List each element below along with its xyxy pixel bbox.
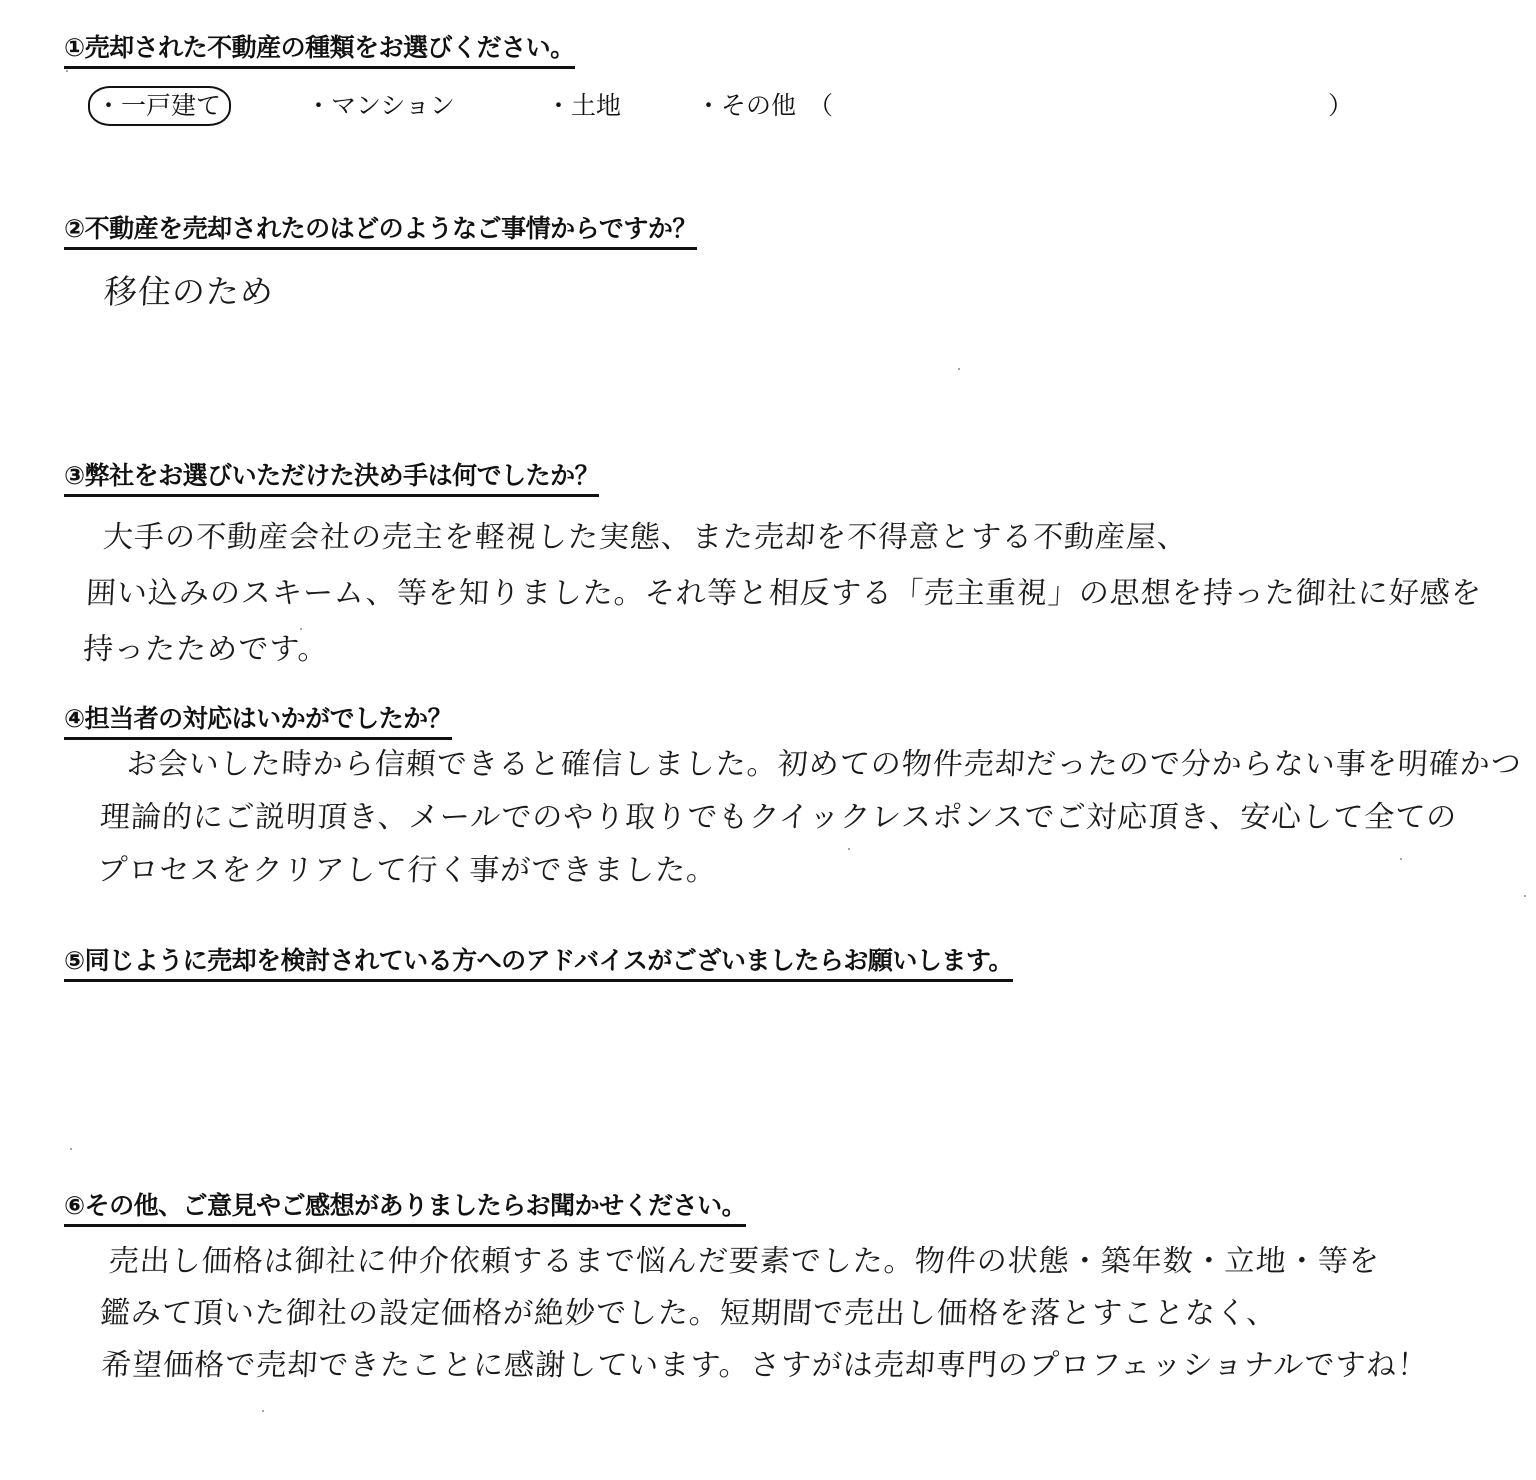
answer-line: 希望価格で売却できたことに感謝しています。さすがは売却専門のプロフェッショナルで… [100,1340,1430,1392]
answer-line: 持ったためです。 [82,622,1481,678]
answer-line: お会いした時から信頼できると確信しました。初めての物件売却だったので分からない事… [125,738,1523,791]
question-1-label: ①売却された不動産の種類をお選びください。 [64,32,575,69]
answer-line: 理論的にご説明頂き、メールでのやり取りでもクイックレスポンスでご対応頂き、安心し… [99,791,1521,844]
scan-speck [848,848,850,850]
other-paren-open: （ [808,88,833,124]
question-4-label: ④担当者の対応はいかがでしたか？ [64,703,452,740]
question-5-label: ⑤同じように売却を検討されている方へのアドバイスがございましたらお願いします。 [64,945,1013,982]
question-2-label: ②不動産を売却されたのはどのようなご事情からですか？ [64,213,697,250]
scan-speck [262,1410,264,1412]
scan-speck [958,368,960,370]
question-6-label: ⑥その他、ご意見やご感想がありましたらお聞かせください。 [64,1190,746,1227]
answer-line: 大手の不動産会社の売主を軽視した実態、また売却を不得意とする不動産屋、 [101,510,1486,566]
other-input[interactable] [848,88,1328,124]
answer-line: 囲い込みのスキーム、等を知りました。それ等と相反する「売主重視」の思想を持った御… [85,566,1484,622]
answer-line: 移住のため [103,264,276,320]
question-3-label: ③弊社をお選びいただけた決め手は何でしたか？ [64,460,599,497]
option-other[interactable]: ・その他 [696,88,796,124]
answer-line: プロセスをクリアして行く事ができました。 [96,844,1518,897]
scan-speck [70,1148,72,1150]
property-type-options: ・一戸建て ・マンション ・土地 ・その他 （ ） [88,88,1388,128]
question-6-answer: 売出し価格は御社に仲介依頼するまで悩んだ要素でした。物件の状態・築年数・立地・等… [96,1236,1435,1392]
scan-speck [66,70,68,72]
question-2-answer: 移住のため [103,264,276,320]
question-5-answer [96,1000,1484,1160]
scan-speck [1524,895,1526,897]
scan-speck [300,628,302,630]
scan-speck [1400,858,1402,860]
question-4-answer: お会いした時から信頼できると確信しました。初めての物件売却だったので分からない事… [96,738,1523,897]
answer-line: 売出し価格は御社に仲介依頼するまで悩んだ要素でした。物件の状態・築年数・立地・等… [107,1236,1435,1288]
option-land[interactable]: ・土地 [546,88,621,124]
question-3-answer: 大手の不動産会社の売主を軽視した実態、また売却を不得意とする不動産屋、 囲い込み… [96,510,1487,678]
answer-line: 鑑みて頂いた御社の設定価格が絶妙でした。短期間で売出し価格を落とすことなく、 [99,1288,1433,1340]
option-condominium[interactable]: ・マンション [306,88,455,124]
other-paren-close: ） [1328,88,1353,124]
option-detached-house[interactable]: ・一戸建て [88,86,231,126]
